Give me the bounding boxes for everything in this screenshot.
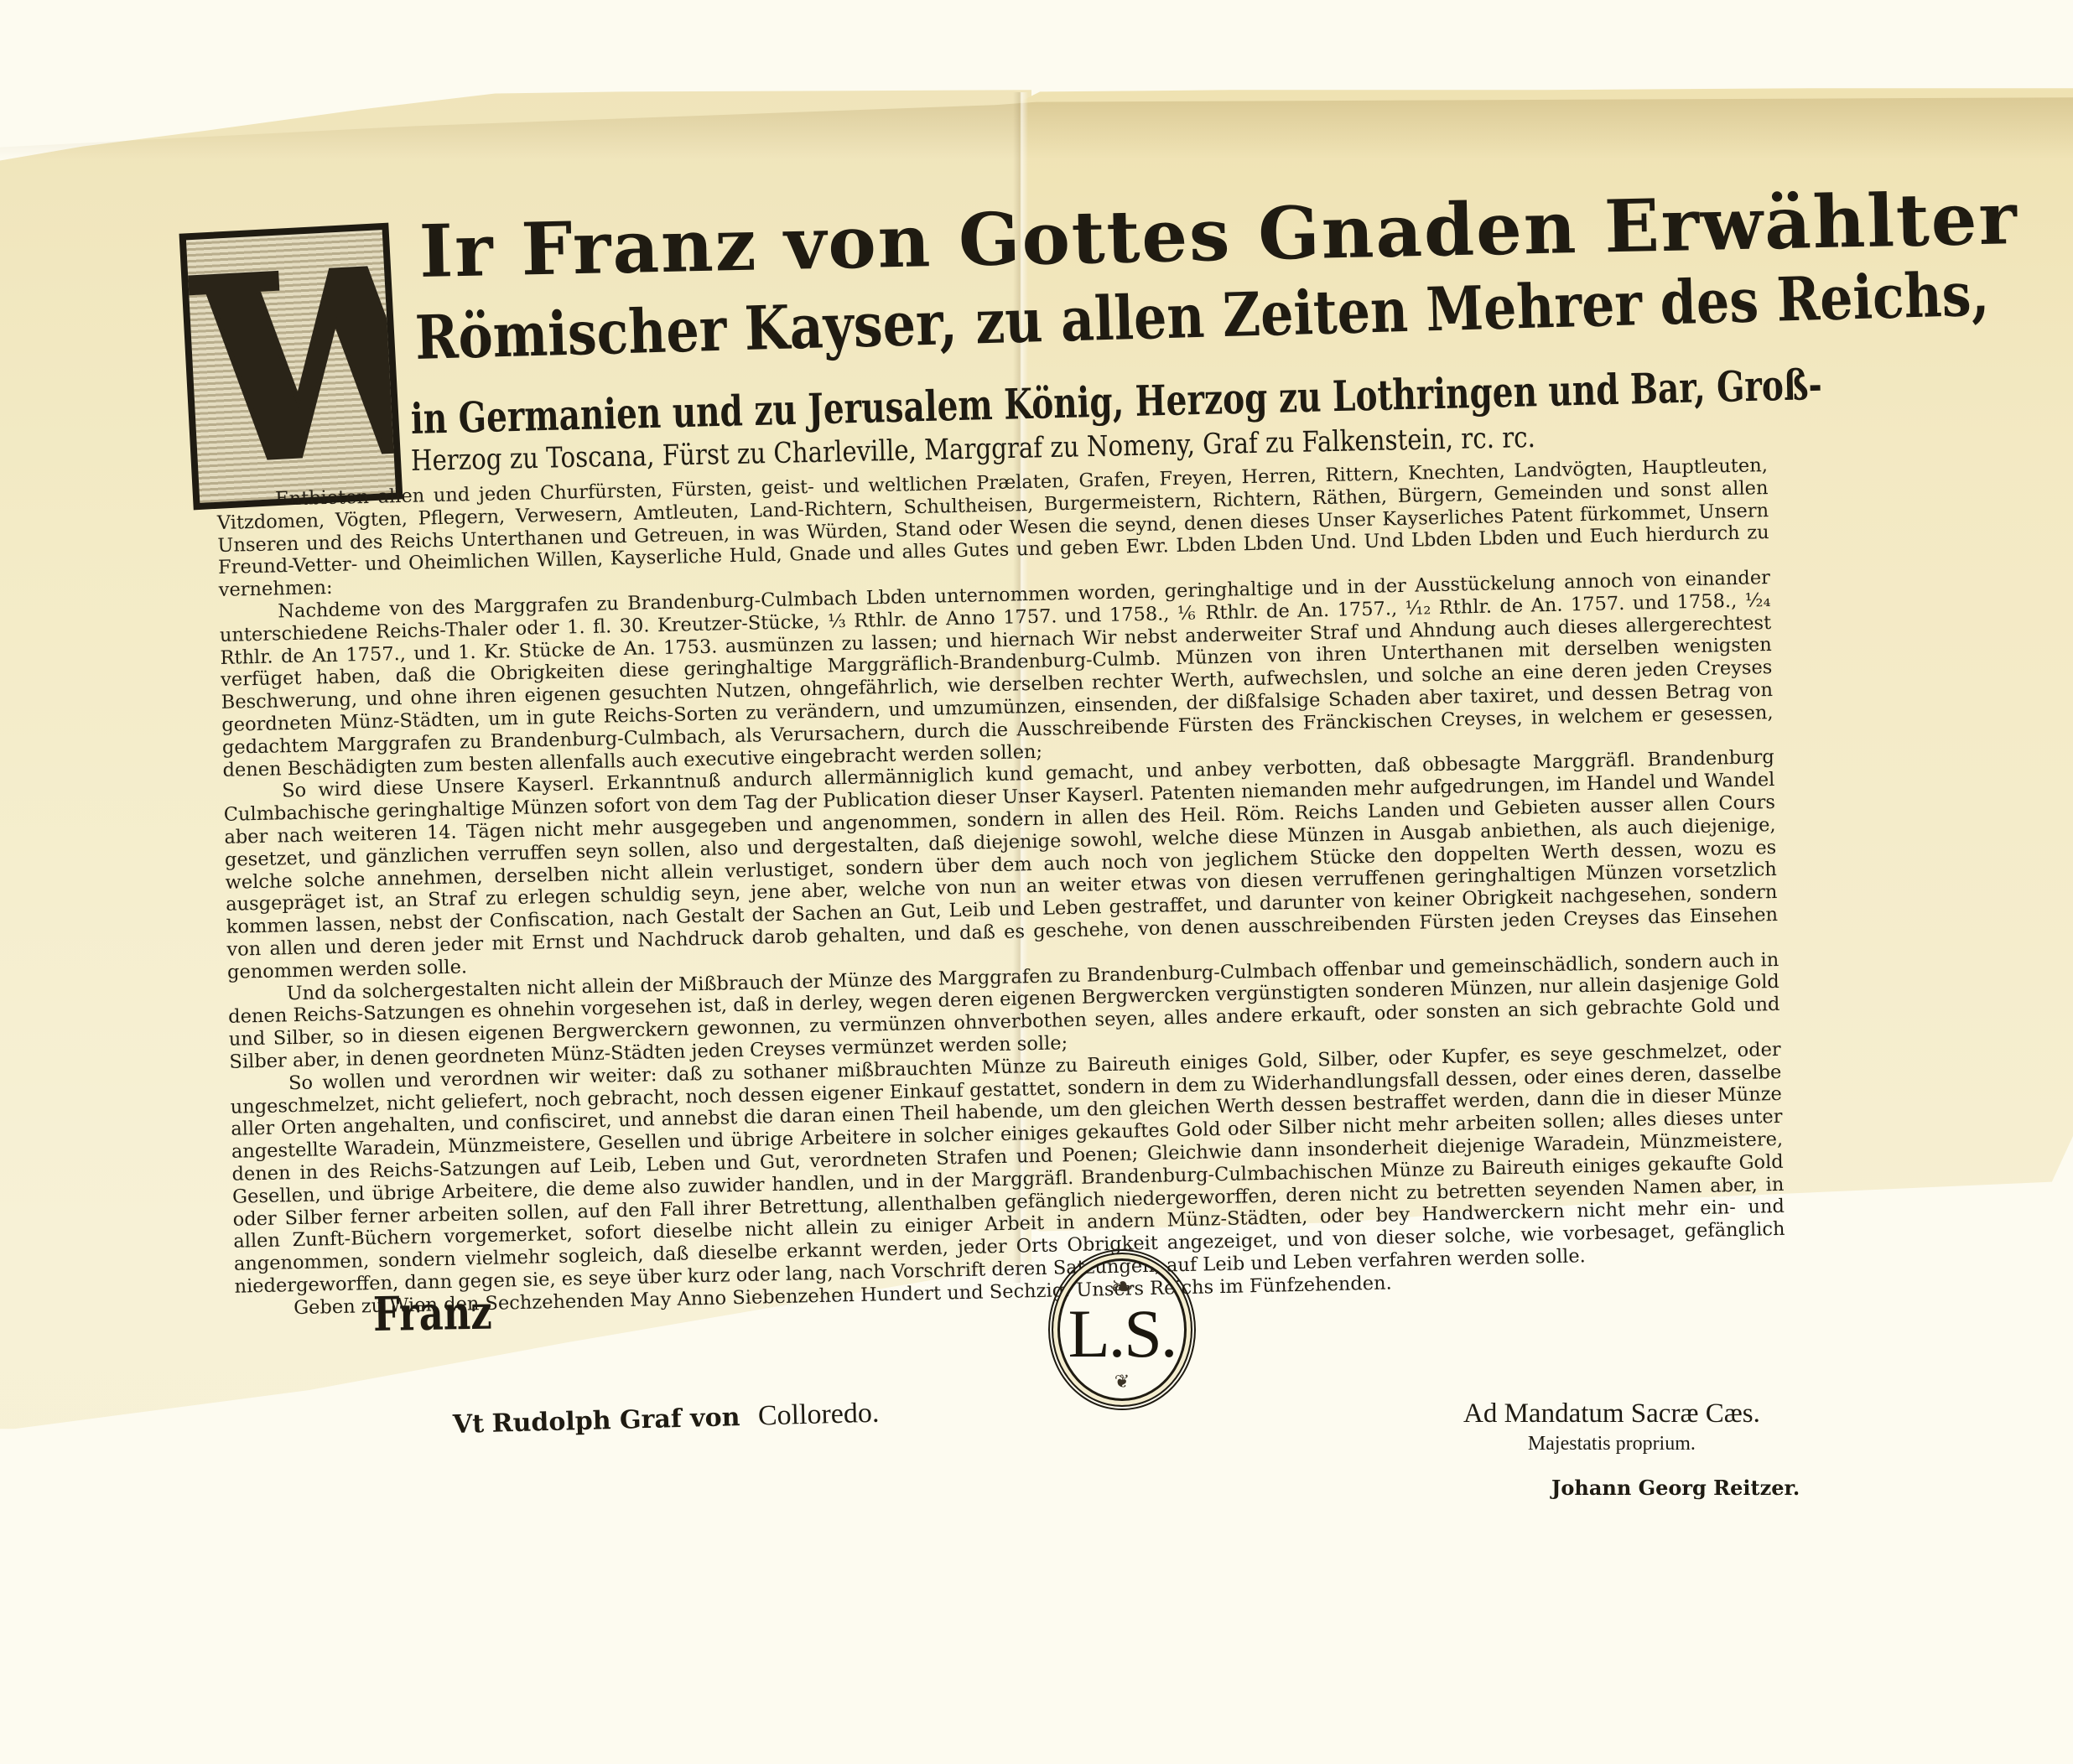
edict-document: W Ir Franz von Gottes Gnaden Erwählter R… (0, 0, 2073, 1764)
paragraph-nachdeme: Nachdeme von des Marggrafen zu Brandenbu… (219, 567, 1774, 781)
countersign-surname: Colloredo. (757, 1398, 879, 1432)
countersignature: Vt Rudolph Graf von Colloredo. (453, 1398, 880, 1440)
mandatum-line-1: Ad Mandatum Sacræ Cæs. (1463, 1398, 1760, 1429)
mandatum-line-2: Majestatis proprium. (1463, 1433, 1760, 1455)
countersign-name: Rudolph Graf von (491, 1403, 740, 1439)
mandatum-block: Ad Mandatum Sacræ Cæs. Majestatis propri… (1463, 1398, 1760, 1455)
edict-body: Entbieten allen und jeden Churfürsten, F… (216, 454, 1786, 1320)
countersign-prefix: Vt (453, 1409, 485, 1440)
initial-letter: W (190, 223, 403, 511)
paragraph-so-wollen: So wollen und verordnen wir weiter: daß … (230, 1039, 1786, 1299)
emperor-signature: Franz (372, 1285, 492, 1342)
decorated-initial-block: W (179, 223, 403, 511)
seal-flourish-icon: ❧ (1110, 1273, 1135, 1301)
seal-text: L.S. (1068, 1294, 1177, 1373)
paragraph-so-wird: So wird diese Unsere Kayserl. Erkanntnuß… (223, 746, 1779, 983)
seal-sprig-icon: ❦ (1114, 1373, 1130, 1392)
seal-ls: ❧ L.S. ❦ (1048, 1249, 1196, 1410)
secretary-signature: Johann Georg Reitzer. (1551, 1476, 1800, 1500)
